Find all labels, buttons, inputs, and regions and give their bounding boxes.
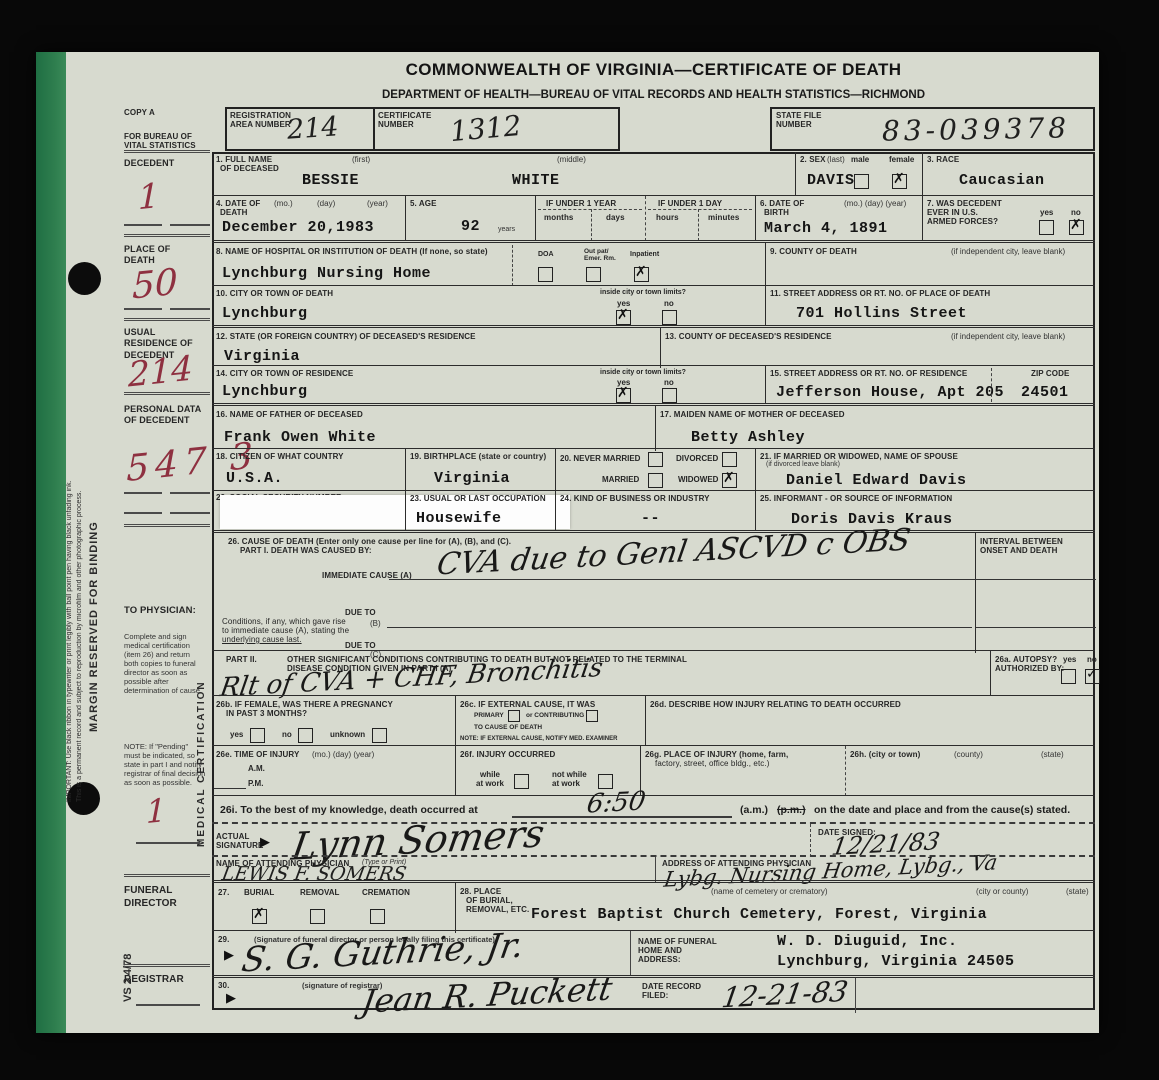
disposition-num: 27. (218, 888, 229, 898)
checkbox-death-limits-yes[interactable]: ✗ (616, 310, 631, 325)
checkbox-pregnancy-no[interactable] (298, 728, 313, 743)
death-time-value[interactable]: 6:50 (585, 786, 648, 819)
sidebar-funeral-director: FUNERAL DIRECTOR (124, 885, 202, 910)
father-label: 16. NAME OF FATHER OF DECEASED (216, 410, 363, 420)
checkbox-autopsy-no[interactable]: ✓ (1085, 669, 1100, 684)
hospital-label: 8. NAME OF HOSPITAL OR INSTITUTION OF DE… (216, 247, 488, 257)
name-first-value[interactable]: BESSIE (302, 172, 359, 189)
important-note-line1: IMPORTANT: Use black ribbon in typewrite… (66, 242, 73, 802)
checkbox-divorced[interactable] (722, 452, 737, 467)
checkbox-pregnancy-unknown[interactable] (372, 728, 387, 743)
external-cause-label: 26c. IF EXTERNAL CAUSE, IT WAS (460, 700, 595, 710)
checkbox-pregnancy-yes[interactable] (250, 728, 265, 743)
race-value[interactable]: Caucasian (959, 172, 1045, 189)
checkbox-removal[interactable] (310, 909, 325, 924)
certificate-paper: MARGIN RESERVED FOR BINDING IMPORTANT: U… (36, 52, 1099, 1033)
important-note-line2: This is a permanent record and subject t… (76, 242, 83, 802)
registration-area-value: 214 (286, 111, 340, 146)
medical-certification-vertical-label: MEDICAL CERTIFICATION (196, 547, 207, 847)
checkbox-while-at-work[interactable] (514, 774, 529, 789)
pm-struck: (p.m.) (777, 804, 806, 816)
checkbox-widowed[interactable]: ✗ (722, 473, 737, 488)
injury-city-label: 26h. (city or town) (850, 750, 920, 760)
sidebar-pending-note: NOTE: If "Pending" must be indicated, so… (124, 742, 206, 787)
checkbox-external-primary[interactable] (508, 710, 520, 722)
industry-label: 24. KIND OF BUSINESS OR INDUSTRY (560, 494, 710, 504)
certificate-title: COMMONWEALTH OF VIRGINIA—CERTIFICATE OF … (212, 60, 1095, 80)
city-residence-value[interactable]: Lynchburg (222, 383, 308, 400)
age-value[interactable]: 92 (461, 218, 480, 235)
checkbox-sex-male[interactable] (854, 174, 869, 189)
red-code-place: 50 (132, 261, 178, 307)
city-of-death-value[interactable]: Lynchburg (222, 305, 308, 322)
checkbox-armed-forces-yes[interactable] (1039, 220, 1054, 235)
citizen-label: 18. CITIZEN OF WHAT COUNTRY (216, 452, 344, 462)
citizen-value[interactable]: U.S.A. (226, 470, 283, 487)
checkbox-never-married[interactable] (648, 452, 663, 467)
scanned-death-certificate: MARGIN RESERVED FOR BINDING IMPORTANT: U… (0, 0, 1159, 1080)
informant-label: 25. INFORMANT - OR SOURCE OF INFORMATION (760, 494, 952, 504)
if-under-1-day-label: IF UNDER 1 DAY (658, 199, 722, 209)
checkbox-autopsy-yes[interactable] (1061, 669, 1076, 684)
state-residence-value[interactable]: Virginia (224, 348, 300, 365)
county-residence-label: 13. COUNTY OF DECEASED'S RESIDENCE (665, 332, 832, 342)
zip-label: ZIP CODE (1031, 369, 1069, 379)
date-of-birth-value[interactable]: March 4, 1891 (764, 220, 888, 237)
copy-label: COPY A (124, 108, 210, 118)
sidebar-decedent: DECEDENT (124, 158, 210, 169)
checkbox-armed-forces-no[interactable]: ✗ (1069, 220, 1084, 235)
funeral-director-signature[interactable]: S. G. Guthrie, Jr. (239, 925, 527, 980)
time-of-injury-label: 26e. TIME OF INJURY (216, 750, 299, 760)
occupation-value[interactable]: Housewife (416, 510, 502, 527)
sex-label: 2. SEX (800, 155, 826, 165)
funeral-director-num: 29. (218, 935, 229, 945)
checkbox-residence-limits-no[interactable] (662, 388, 677, 403)
hospital-value[interactable]: Lynchburg Nursing Home (222, 265, 431, 282)
sidebar-physician-note: Complete and sign medical certification … (124, 632, 206, 695)
registrar-signature[interactable]: Jean R. Puckett (359, 969, 615, 1020)
registrar-signature-arrow-icon: ▶ (226, 990, 236, 1006)
binding-strip (36, 52, 66, 1033)
checkbox-burial[interactable]: ✗ (252, 909, 267, 924)
part2-label: PART II. (226, 655, 257, 665)
mother-label: 17. MAIDEN NAME OF MOTHER OF DECEASED (660, 410, 845, 420)
race-label: 3. RACE (927, 155, 959, 165)
street-of-death-value[interactable]: 701 Hollins Street (796, 305, 967, 322)
date-filed-value[interactable]: 12-21-83 (719, 975, 850, 1015)
sidebar-personal-data: PERSONAL DATA OF DECEDENT (124, 404, 202, 427)
form-code: VS 2 4/78 (122, 907, 134, 1002)
mother-value[interactable]: Betty Ashley (691, 429, 805, 446)
red-code-decedent: 1 (138, 176, 160, 218)
birthplace-label: 19. BIRTHPLACE (state or country) (410, 452, 546, 462)
never-married-label: 20. NEVER MARRIED (560, 454, 640, 463)
certificate-number-value: 1312 (449, 109, 523, 148)
certificate-subtitle: DEPARTMENT OF HEALTH—BUREAU OF VITAL REC… (212, 89, 1095, 101)
age-label: 5. AGE (410, 199, 437, 209)
name-middle-value[interactable]: WHITE (512, 172, 560, 189)
state-file-value: 83-039378 (882, 111, 1071, 147)
industry-value[interactable]: -- (641, 510, 660, 527)
date-of-death-value[interactable]: December 20,1983 (222, 219, 374, 236)
checkbox-external-contributing[interactable] (586, 710, 598, 722)
state-residence-label: 12. STATE (OR FOREIGN COUNTRY) OF DECEAS… (216, 332, 476, 342)
injury-description-label: 26d. DESCRIBE HOW INJURY RELATING TO DEA… (650, 700, 901, 710)
checkbox-residence-limits-yes[interactable]: ✗ (616, 388, 631, 403)
street-residence-value[interactable]: Jefferson House, Apt 205 (776, 384, 1004, 401)
checkbox-cremation[interactable] (370, 909, 385, 924)
place-of-burial-value[interactable]: Forest Baptist Church Cemetery, Forest, … (531, 906, 987, 923)
street-residence-label: 15. STREET ADDRESS OR RT. NO. OF RESIDEN… (770, 369, 967, 379)
father-value[interactable]: Frank Owen White (224, 429, 376, 446)
checkbox-doa[interactable] (538, 267, 553, 282)
county-of-death-label: 9. COUNTY OF DEATH (770, 247, 857, 257)
occupation-label: 23. USUAL OR LAST OCCUPATION (410, 494, 546, 504)
checkbox-outpatient[interactable] (586, 267, 601, 282)
injury-occurred-label: 26f. INJURY OCCURRED (460, 750, 555, 760)
signature-arrow-icon: ▶ (260, 834, 270, 850)
funeral-signature-arrow-icon: ▶ (224, 947, 234, 963)
binding-margin-label: MARGIN RESERVED FOR BINDING (88, 252, 100, 732)
street-of-death-label: 11. STREET ADDRESS OR RT. NO. OF PLACE O… (770, 289, 990, 299)
red-code-residence: 214 (128, 348, 193, 395)
birthplace-value[interactable]: Virginia (434, 470, 510, 487)
checkbox-inpatient[interactable]: ✗ (634, 267, 649, 282)
checkbox-sex-female[interactable]: ✗ (892, 174, 907, 189)
checkbox-not-while-at-work[interactable] (598, 774, 613, 789)
if-under-1-year-label: IF UNDER 1 YEAR (546, 199, 616, 209)
funeral-home-city[interactable]: Lynchburg, Virginia 24505 (777, 953, 1015, 970)
city-of-death-label: 10. CITY OR TOWN OF DEATH (216, 289, 333, 299)
sidebar-to-physician: TO PHYSICIAN: (124, 605, 202, 617)
red-code-pending: 1 (146, 791, 166, 831)
funeral-home-name[interactable]: W. D. Diuguid, Inc. (777, 933, 958, 950)
zip-value[interactable]: 24501 (1021, 384, 1069, 401)
checkbox-married[interactable] (648, 473, 663, 488)
cause-a-handwriting[interactable]: CVA due to Genl ASCVD c OBS (435, 522, 913, 582)
death-occurred-pre: 26i. To the best of my knowledge, death … (220, 804, 478, 816)
checkbox-death-limits-no[interactable] (662, 310, 677, 325)
spouse-value[interactable]: Daniel Edward Davis (786, 472, 967, 489)
city-residence-label: 14. CITY OR TOWN OF RESIDENCE (216, 369, 353, 379)
sidebar-registrar: REGISTRAR (124, 974, 210, 987)
